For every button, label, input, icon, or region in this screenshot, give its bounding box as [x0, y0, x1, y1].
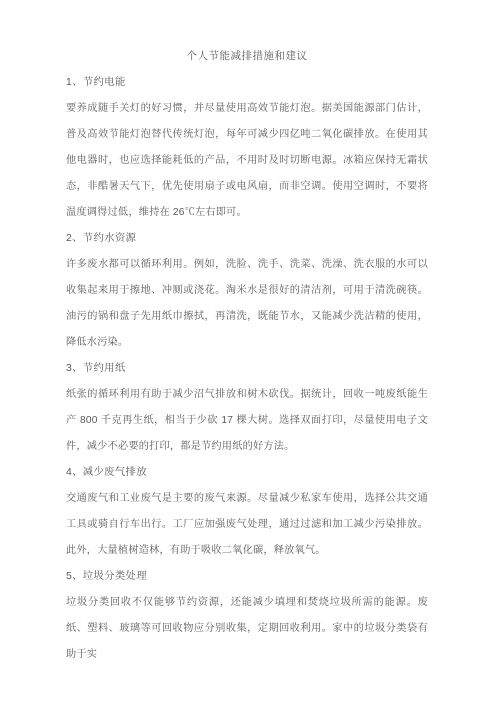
section-water: 2、节约水资源 许多废水都可以循环利用。例如，洗脸、洗手、洗菜、洗澡、洗衣服的水… [66, 226, 428, 356]
section-body: 交通废气和工业废气是主要的废气来源。尽量减少私家车使用，选择公共交通工具或骑自行… [66, 486, 428, 564]
section-heading: 2、节约水资源 [66, 226, 428, 252]
section-body: 纸张的循环利用有助于减少沼气排放和树木砍伐。据统计，回收一吨废纸能生产 800 … [66, 382, 428, 460]
section-heading: 1、节约电能 [66, 70, 428, 96]
section-exhaust: 4、减少废气排放 交通废气和工业废气是主要的废气来源。尽量减少私家车使用，选择公… [66, 460, 428, 564]
section-body: 许多废水都可以循环利用。例如，洗脸、洗手、洗菜、洗澡、洗衣服的水可以收集起来用于… [66, 252, 428, 356]
section-energy: 1、节约电能 要养成随手关灯的好习惯，并尽量使用高效节能灯泡。据美国能源部门估计… [66, 70, 428, 226]
section-body: 垃圾分类回收不仅能够节约资源，还能减少填埋和焚烧垃圾所需的能源。废纸、塑料、玻璃… [66, 590, 428, 668]
section-waste-sorting: 5、垃圾分类处理 垃圾分类回收不仅能够节约资源，还能减少填埋和焚烧垃圾所需的能源… [66, 564, 428, 668]
section-heading: 4、减少废气排放 [66, 460, 428, 486]
document-page: 个人节能减排措施和建议 1、节约电能 要养成随手关灯的好习惯，并尽量使用高效节能… [0, 0, 496, 702]
section-body: 要养成随手关灯的好习惯，并尽量使用高效节能灯泡。据美国能源部门估计，普及高效节能… [66, 96, 428, 226]
section-paper: 3、节约用纸 纸张的循环利用有助于减少沼气排放和树木砍伐。据统计，回收一吨废纸能… [66, 356, 428, 460]
section-heading: 3、节约用纸 [66, 356, 428, 382]
document-title: 个人节能减排措施和建议 [66, 44, 428, 70]
document-content: 个人节能减排措施和建议 1、节约电能 要养成随手关灯的好习惯，并尽量使用高效节能… [66, 44, 428, 668]
section-heading: 5、垃圾分类处理 [66, 564, 428, 590]
